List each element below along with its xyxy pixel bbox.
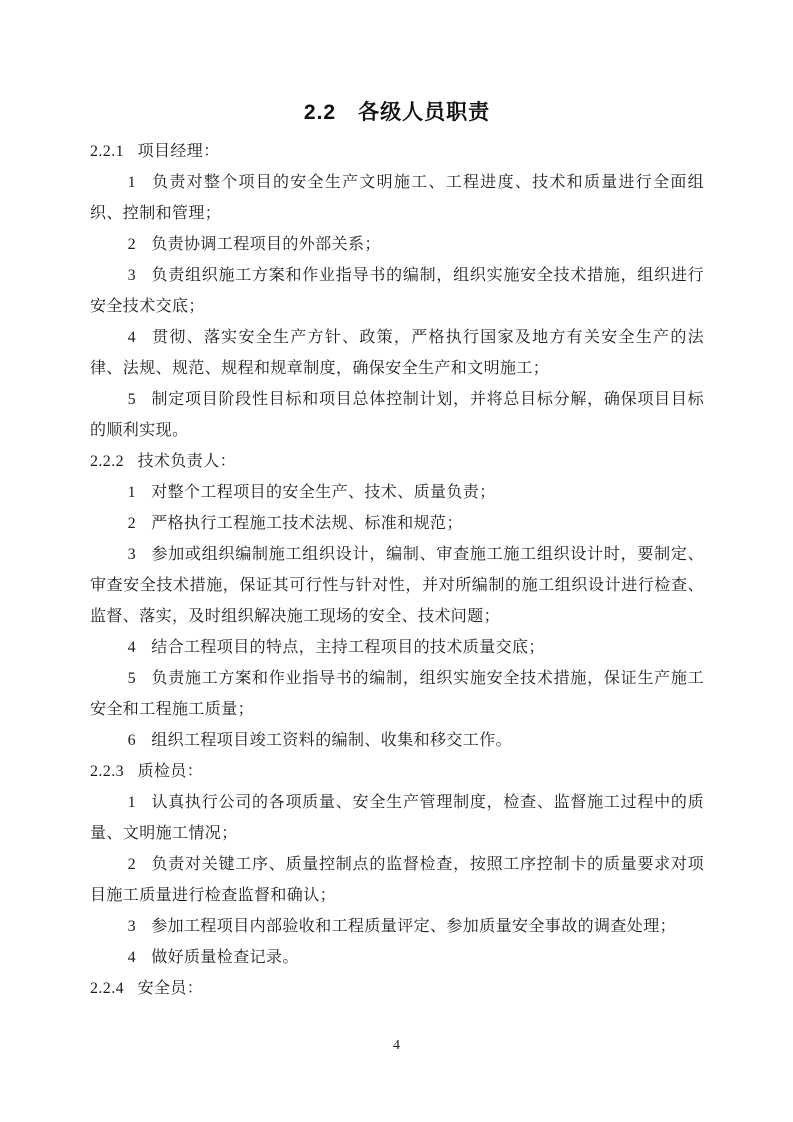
section-number: 2.2.4 xyxy=(90,980,124,997)
item-text: 结合工程项目的特点，主持工程项目的技术质量交底； xyxy=(151,639,545,656)
item-text: 负责对整个项目的安全生产文明施工、工程进度、技术和质量进行全面组织、控制和管理； xyxy=(90,174,704,222)
page-title: 2.2 各级人员职责 xyxy=(90,96,704,129)
list-item: 4贯彻、落实安全生产方针、政策，严格执行国家及地方有关安全生产的法律、法规、规范… xyxy=(90,322,704,384)
section-number: 2.2.1 xyxy=(90,143,124,160)
item-text: 负责对关键工序、质量控制点的监督检查，按照工序控制卡的质量要求对项目施工质量进行… xyxy=(90,856,704,904)
item-number: 1 xyxy=(128,794,136,811)
item-number: 4 xyxy=(128,639,136,656)
list-item: 5制定项目阶段性目标和项目总体控制计划，并将总目标分解，确保项目目标的顺利实现。 xyxy=(90,384,704,446)
list-item: 6组织工程项目竣工资料的编制、收集和移交工作。 xyxy=(90,725,704,756)
item-number: 5 xyxy=(128,391,136,408)
item-number: 6 xyxy=(128,732,136,749)
item-text: 参加工程项目内部验收和工程质量评定、参加质量安全事故的调查处理； xyxy=(151,918,676,935)
item-number: 3 xyxy=(128,918,136,935)
item-number: 2 xyxy=(128,236,136,253)
section-label: 技术负责人： xyxy=(138,453,236,470)
list-item: 2负责协调工程项目的外部关系； xyxy=(90,229,704,260)
section-heading-223: 2.2.3质检员： xyxy=(90,756,704,787)
section-number: 2.2.3 xyxy=(90,763,124,780)
list-item: 1认真执行公司的各项质量、安全生产管理制度，检查、监督施工过程中的质量、文明施工… xyxy=(90,787,704,849)
list-item: 2严格执行工程施工技术法规、标准和规范； xyxy=(90,508,704,539)
list-item: 2负责对关键工序、质量控制点的监督检查，按照工序控制卡的质量要求对项目施工质量进… xyxy=(90,849,704,911)
section-label: 安全员： xyxy=(138,980,204,997)
section-heading-224: 2.2.4安全员： xyxy=(90,973,704,1004)
item-text: 负责协调工程项目的外部关系； xyxy=(151,236,381,253)
item-number: 2 xyxy=(128,856,136,873)
item-text: 认真执行公司的各项质量、安全生产管理制度，检查、监督施工过程中的质量、文明施工情… xyxy=(90,794,704,842)
item-number: 1 xyxy=(128,174,136,191)
item-number: 4 xyxy=(128,329,136,346)
section-label: 项目经理： xyxy=(138,143,220,160)
item-text: 做好质量检查记录。 xyxy=(151,949,299,966)
item-text: 制定项目阶段性目标和项目总体控制计划，并将总目标分解，确保项目目标的顺利实现。 xyxy=(90,391,704,439)
item-text: 负责施工方案和作业指导书的编制，组织实施安全技术措施，保证生产施工安全和工程施工… xyxy=(90,670,704,718)
item-number: 4 xyxy=(128,949,136,966)
page-number: 4 xyxy=(0,1036,793,1056)
list-item: 3参加或组织编制施工组织设计，编制、审查施工施工组织设计时，要制定、审查安全技术… xyxy=(90,539,704,632)
section-heading-221: 2.2.1项目经理： xyxy=(90,136,704,167)
section-number: 2.2.2 xyxy=(90,453,124,470)
item-number: 5 xyxy=(128,670,136,687)
item-text: 贯彻、落实安全生产方针、政策，严格执行国家及地方有关安全生产的法律、法规、规范、… xyxy=(90,329,704,377)
item-text: 对整个工程项目的安全生产、技术、质量负责； xyxy=(151,484,495,501)
item-number: 2 xyxy=(128,515,136,532)
section-heading-222: 2.2.2技术负责人： xyxy=(90,446,704,477)
document-page: 2.2 各级人员职责 2.2.1项目经理： 1负责对整个项目的安全生产文明施工、… xyxy=(0,0,793,1122)
list-item: 4做好质量检查记录。 xyxy=(90,942,704,973)
list-item: 4结合工程项目的特点，主持工程项目的技术质量交底； xyxy=(90,632,704,663)
item-number: 3 xyxy=(128,546,136,563)
item-text: 负责组织施工方案和作业指导书的编制，组织实施安全技术措施，组织进行安全技术交底； xyxy=(90,267,704,315)
document-content: 2.2 各级人员职责 2.2.1项目经理： 1负责对整个项目的安全生产文明施工、… xyxy=(90,96,704,1004)
item-number: 3 xyxy=(128,267,136,284)
list-item: 1负责对整个项目的安全生产文明施工、工程进度、技术和质量进行全面组织、控制和管理… xyxy=(90,167,704,229)
item-text: 严格执行工程施工技术法规、标准和规范； xyxy=(151,515,463,532)
list-item: 3负责组织施工方案和作业指导书的编制，组织实施安全技术措施，组织进行安全技术交底… xyxy=(90,260,704,322)
list-item: 1对整个工程项目的安全生产、技术、质量负责； xyxy=(90,477,704,508)
item-text: 参加或组织编制施工组织设计，编制、审查施工施工组织设计时，要制定、审查安全技术措… xyxy=(90,546,704,625)
item-text: 组织工程项目竣工资料的编制、收集和移交工作。 xyxy=(151,732,512,749)
list-item: 3参加工程项目内部验收和工程质量评定、参加质量安全事故的调查处理； xyxy=(90,911,704,942)
list-item: 5负责施工方案和作业指导书的编制，组织实施安全技术措施，保证生产施工安全和工程施… xyxy=(90,663,704,725)
section-label: 质检员： xyxy=(138,763,204,780)
item-number: 1 xyxy=(128,484,136,501)
